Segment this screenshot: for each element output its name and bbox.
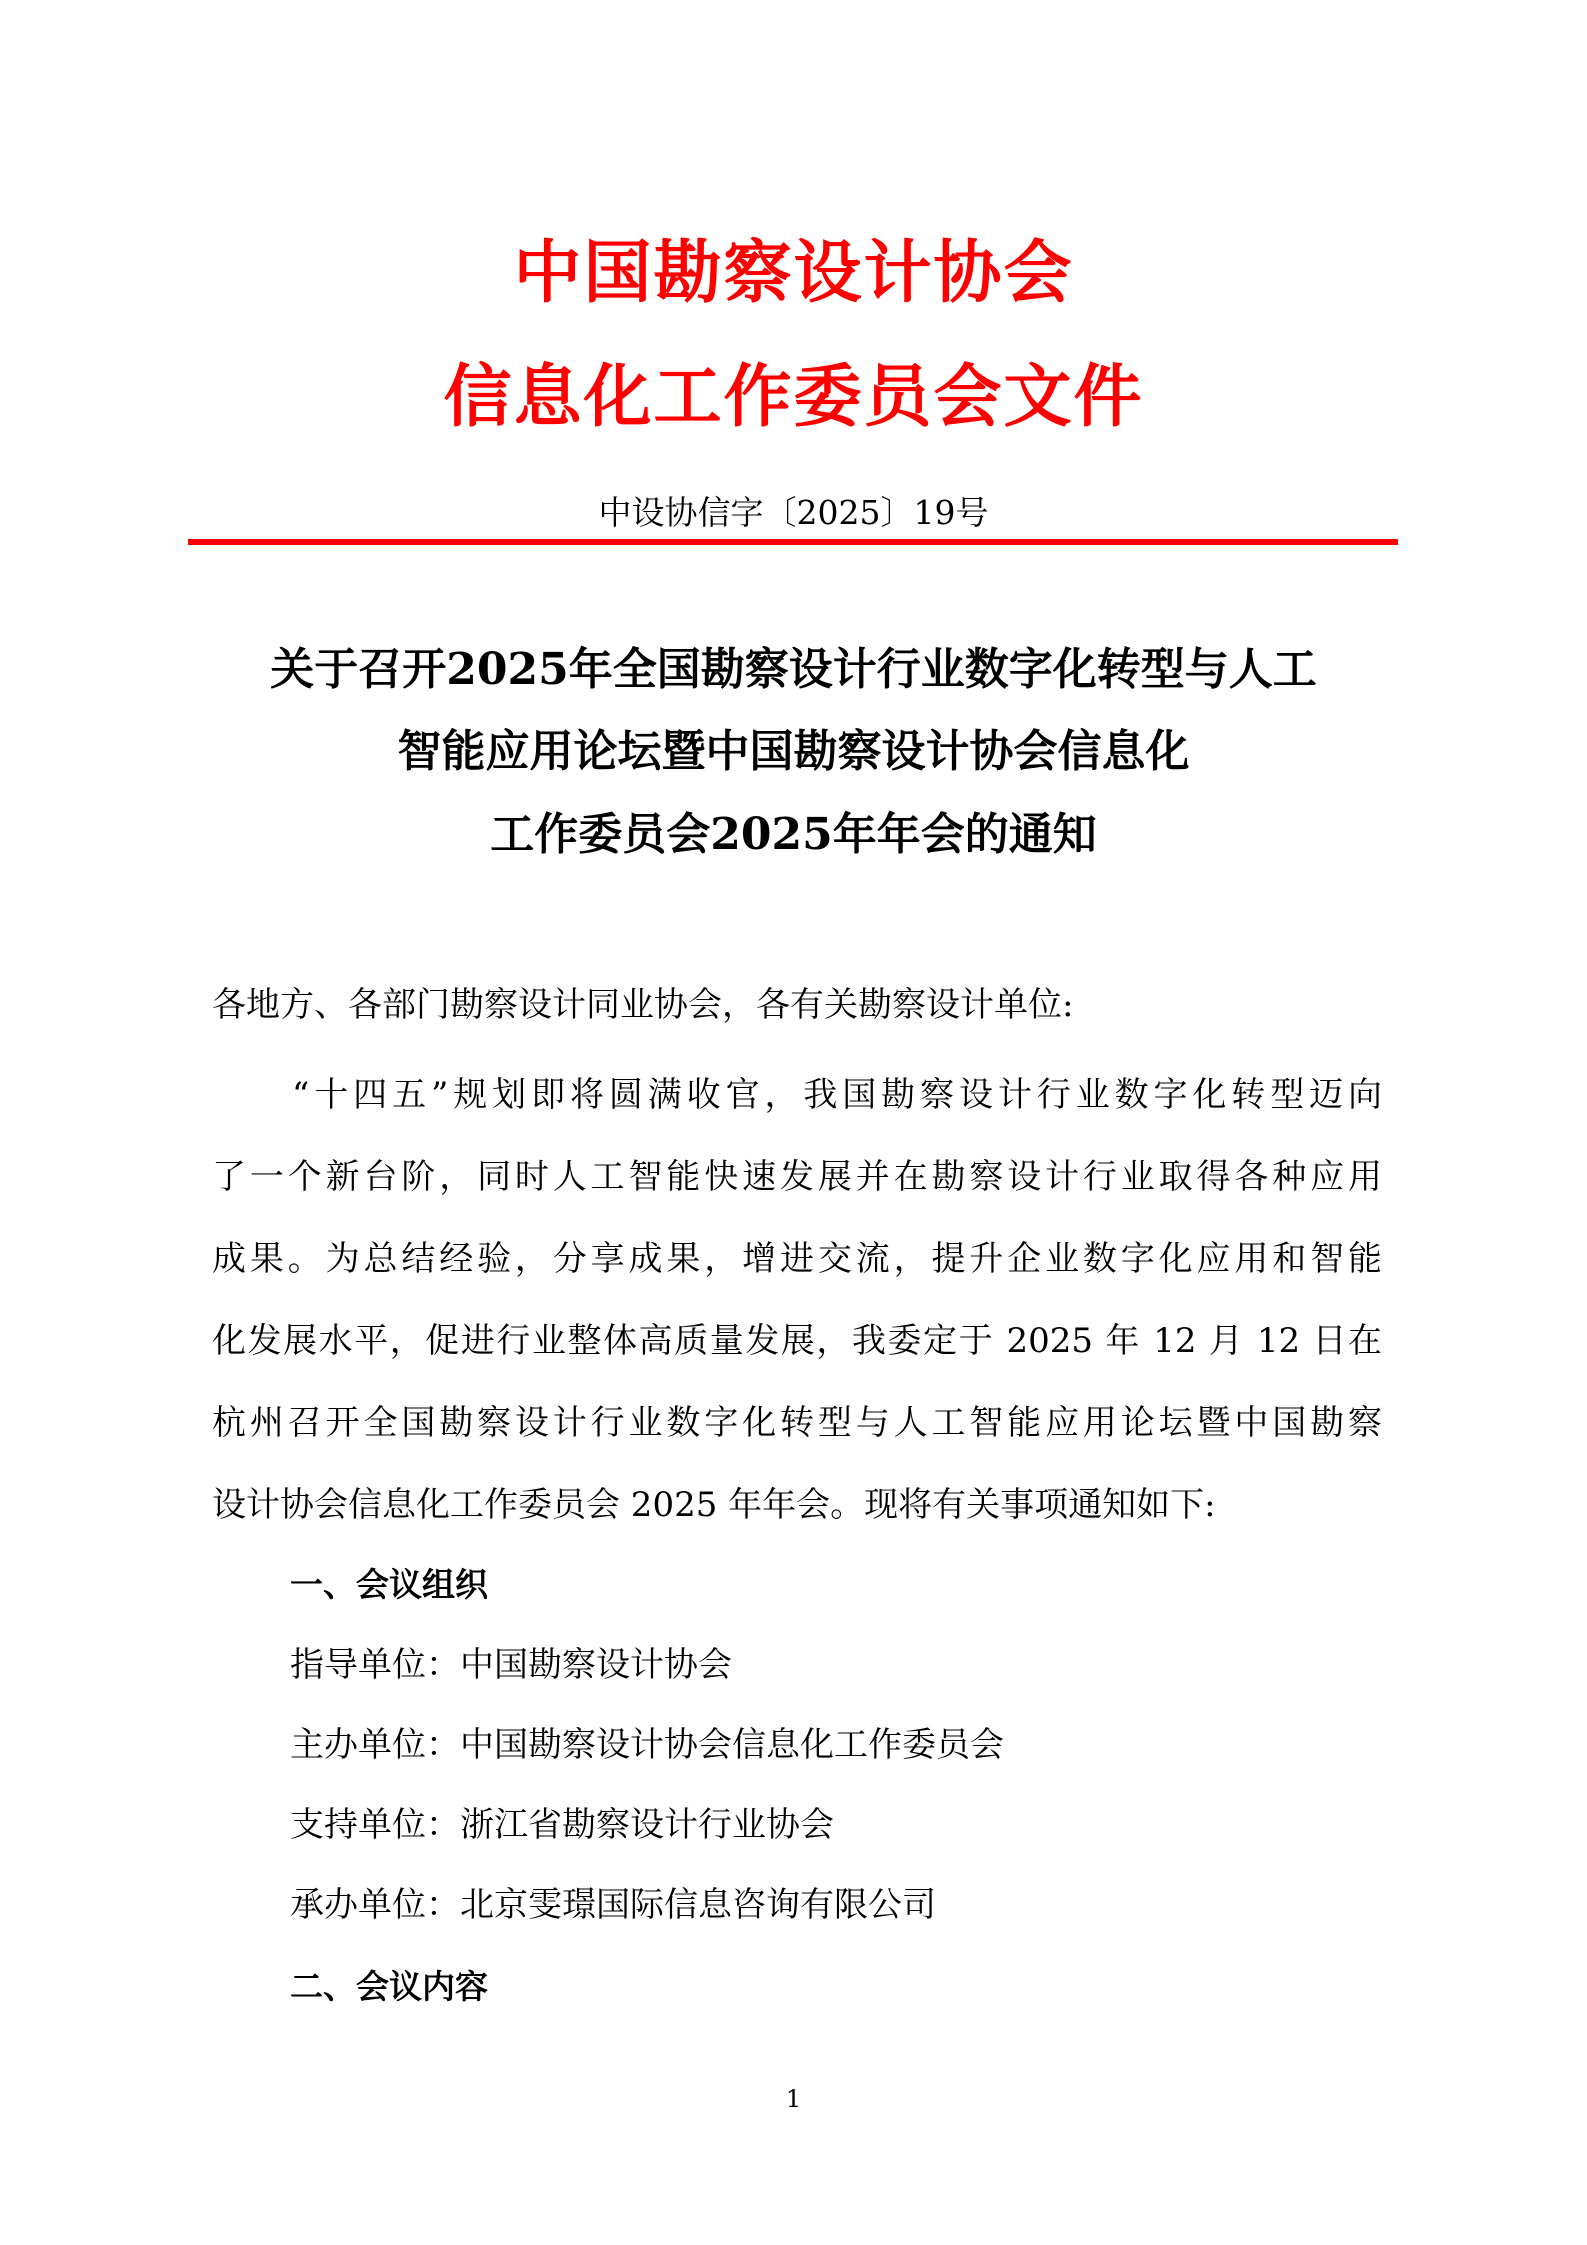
header-org-name: 中国勘察设计协会 [0, 228, 1587, 318]
intro-line: 化发展水平，促进行业整体高质量发展，我委定于 2025 年 12 月 12 日在 [212, 1316, 1382, 1366]
section-heading: 一、会议组织 [290, 1560, 1460, 1610]
intro-line: “十四五”规划即将圆满收官，我国勘察设计行业数字化转型迈向 [292, 1070, 1382, 1120]
header-divider [188, 539, 1398, 545]
page-number: 1 [0, 2085, 1587, 2113]
org-item-organizer-unit: 承办单位：北京雯璟国际信息咨询有限公司 [290, 1880, 1460, 1930]
org-item-guiding-unit: 指导单位：中国勘察设计协会 [290, 1640, 1460, 1690]
intro-line: 成果。为总结经验，分享成果，增进交流，提升企业数字化应用和智能 [212, 1234, 1382, 1284]
intro-line: 杭州召开全国勘察设计行业数字化转型与人工智能应用论坛暨中国勘察 [212, 1398, 1382, 1448]
header-document-type: 信息化工作委员会文件 [0, 352, 1587, 442]
org-item-host-unit: 主办单位：中国勘察设计协会信息化工作委员会 [290, 1720, 1460, 1770]
intro-line: 了一个新台阶，同时人工智能快速发展并在勘察设计行业取得各种应用 [212, 1152, 1382, 1202]
org-item-supporting-unit: 支持单位：浙江省勘察设计行业协会 [290, 1800, 1460, 1850]
notice-title-line-3: 工作委员会2025年年会的通知 [0, 805, 1587, 865]
document-number: 中设协信字〔2025〕19号 [0, 488, 1587, 538]
section-heading: 二、会议内容 [290, 1962, 1460, 2012]
intro-line: 设计协会信息化工作委员会 2025 年年会。现将有关事项通知如下: [212, 1480, 1382, 1530]
notice-title-line-1: 关于召开2025年全国勘察设计行业数字化转型与人工 [0, 640, 1587, 700]
salutation: 各地方、各部门勘察设计同业协会，各有关勘察设计单位: [212, 980, 1382, 1030]
notice-title-line-2: 智能应用论坛暨中国勘察设计协会信息化 [0, 722, 1587, 782]
